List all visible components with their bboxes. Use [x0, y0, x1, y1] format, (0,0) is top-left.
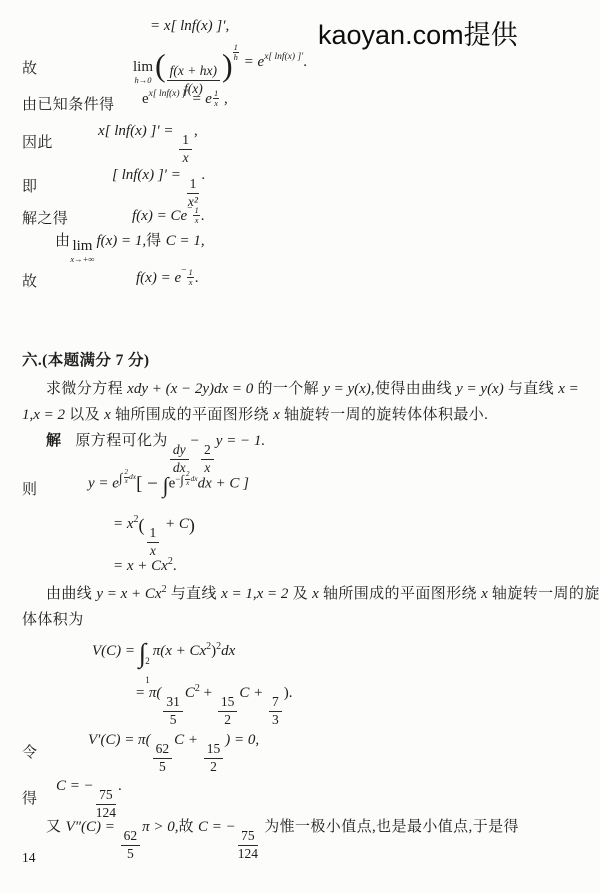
problem-six-heading: 六.(本题满分 7 分): [22, 351, 150, 370]
fraction-denominator: 5: [127, 846, 134, 862]
connective-gu-1: 故: [22, 57, 37, 78]
math-segment: C: [185, 685, 195, 701]
fraction-numerator: 1: [147, 526, 160, 543]
text-segment: 由曲线: [46, 586, 96, 602]
text-segment: 及: [288, 586, 312, 602]
formula-volume-expanded: = π(315C2 + 152C + 73).: [135, 683, 293, 728]
fraction: 152: [204, 742, 224, 775]
text-segment: 故: [178, 819, 198, 835]
punctuation: .: [195, 270, 199, 286]
connective-ling: 令: [22, 741, 37, 762]
open-paren: (: [155, 47, 165, 83]
punctuation: ,: [194, 123, 198, 139]
text-segment: 轴所围成的平面图形绕: [111, 407, 273, 423]
math-segment: f(x) = 1,: [96, 233, 146, 249]
fraction-numerator: 1: [179, 133, 192, 150]
fraction: 625: [153, 742, 173, 775]
math-segment: xdy + (x − 2y)dx = 0: [127, 381, 253, 397]
formula-volume-integral: V(C) = ∫21π(x + Cx2)2dx: [92, 640, 235, 686]
math-segment: π > 0,: [142, 819, 178, 835]
formula-c-value: C = −75124.: [56, 777, 122, 821]
fraction-numerator: 62: [153, 742, 173, 759]
page-number: 14: [22, 850, 36, 866]
punctuation: ,: [220, 91, 228, 107]
text-segment: 原方程可化为: [75, 433, 167, 449]
exponent-fraction: 1h: [233, 43, 239, 63]
text-segment: 又: [46, 819, 66, 835]
math-segment: V(C) =: [92, 643, 139, 659]
math-segment: y = x + Cx: [96, 586, 161, 602]
math-segment: x: [312, 586, 319, 602]
text-segment: 以及: [65, 407, 104, 423]
punctuation: .: [303, 54, 307, 70]
curve-description-line: 由曲线 y = x + Cx2 与直线 x = 1,x = 2 及 x 轴所围成…: [46, 584, 600, 604]
integral-upper-limit: 2: [145, 656, 150, 667]
punctuation: .: [173, 558, 177, 574]
fraction-numerator: 2: [201, 443, 214, 460]
exponent-sign: −: [181, 266, 186, 276]
math-segment: V″(C) =: [66, 819, 119, 835]
fraction-denominator: 3: [272, 712, 279, 728]
text-segment: ,使得由曲线: [371, 381, 456, 397]
exponent-text: x[ lnf(x) ]′: [149, 89, 188, 99]
fraction-numerator: f(x + hx): [167, 64, 220, 81]
mini-fraction-denominator: x: [125, 478, 128, 486]
fraction-denominator: 2: [210, 759, 217, 775]
math-segment: x = 1,x = 2: [221, 586, 288, 602]
volume-text-line: 体体积为: [22, 611, 84, 630]
fraction-denominator: 5: [159, 759, 166, 775]
exponent-fraction: 1x: [187, 268, 193, 288]
connective-yinci: 因此: [22, 131, 53, 152]
math-segment: x =: [558, 381, 579, 397]
punctuation: .: [118, 778, 122, 794]
punctuation: ).: [284, 685, 293, 701]
text-segment: 轴所围成的平面图形绕: [319, 586, 481, 602]
fraction-denominator: 5: [170, 712, 177, 728]
connective-de: 得: [22, 787, 37, 808]
math-segment: = e: [188, 91, 212, 107]
text-segment: 为惟一极小值点,也是最小值点,于是得: [260, 819, 519, 835]
fraction: 625: [121, 829, 141, 862]
formula-exp-equality: ex[ lnf(x) ]′ = e1x ,: [142, 89, 228, 109]
solution-label: 解: [46, 433, 61, 449]
formula-limit-condition: 由limx→+∞f(x) = 1,得 C = 1,: [55, 232, 205, 264]
scanned-exam-page: kaoyan.com提供 = x[ lnf(x) ]′, 故 limh→0(f(…: [0, 0, 600, 894]
fraction: 1x: [179, 133, 192, 166]
fraction-numerator: 31: [163, 695, 183, 712]
connective-ji: 即: [22, 175, 37, 196]
lim-word: lim: [133, 60, 153, 75]
formula-fx-general: f(x) = Ce−1x.: [132, 204, 204, 226]
exponent-denominator: x: [195, 216, 199, 225]
math-segment: = π(: [135, 685, 161, 701]
text-segment: 由: [55, 233, 70, 249]
connective-solve: 解之得: [22, 207, 68, 228]
math-segment: x[ lnf(x) ]′ =: [98, 123, 177, 139]
lim-word: lim: [72, 239, 92, 254]
exponent-sign: −: [187, 204, 192, 214]
limit-operator: limh→0: [133, 60, 153, 85]
fraction-denominator: 2: [224, 712, 231, 728]
exponent-denominator: x: [214, 99, 218, 108]
operator-plus: +: [200, 685, 216, 701]
math-segment: π(x + Cx: [153, 643, 206, 659]
fraction-numerator: dy: [170, 443, 189, 460]
math-segment: C = 1,: [166, 233, 205, 249]
exponent-fraction: 1x: [193, 206, 199, 226]
connective-ze: 则: [22, 478, 37, 499]
math-segment: x: [104, 407, 111, 423]
math-segment: + C: [161, 516, 189, 532]
fraction: 75124: [238, 829, 258, 862]
math-segment: e: [142, 91, 149, 107]
math-segment: C +: [239, 685, 267, 701]
fraction-denominator: 124: [238, 846, 258, 862]
mini-fraction-denominator: x: [186, 480, 189, 488]
fraction: 73: [269, 695, 282, 728]
math-segment: y = e: [88, 476, 119, 492]
math-segment: = x[ lnf(x) ]′,: [150, 18, 229, 34]
fraction: 152: [218, 695, 238, 728]
integral-limits: 21: [145, 656, 150, 686]
formula-xlnfx: x[ lnf(x) ]′ = 1x,: [98, 122, 198, 166]
fraction-denominator: x: [183, 150, 189, 166]
fraction: 75124: [96, 788, 116, 821]
operator-minus: −: [191, 433, 199, 449]
exponent-text: x[ lnf(x) ]′: [264, 52, 303, 62]
exponent-denominator: h: [234, 53, 238, 62]
math-segment: C = −: [198, 819, 236, 835]
text-segment: 求微分方程: [46, 381, 127, 397]
open-paren: (: [139, 515, 145, 535]
open-bracket: [ −: [136, 474, 163, 495]
fraction-numerator: 15: [218, 695, 238, 712]
math-segment: dx: [221, 643, 235, 659]
math-segment: x: [273, 407, 280, 423]
formula-integrating-factor: y = e∫2xdx[ − ∫e−∫2xdxdx + C ]: [88, 469, 249, 497]
fraction-numerator: 15: [204, 742, 224, 759]
math-segment: = x: [113, 516, 134, 532]
limit-operator: limx→+∞: [70, 239, 94, 264]
math-segment: [ lnf(x) ]′ =: [112, 167, 185, 183]
exponent-denominator: x: [189, 278, 193, 287]
math-segment: y = y(x): [323, 381, 371, 397]
text-segment: 与直线: [167, 586, 222, 602]
formula-y-final: = x + Cx2.: [113, 556, 177, 576]
math-segment: dx + C ]: [198, 476, 249, 492]
small-integral-sign: ∫: [119, 471, 123, 484]
connective-known-condition: 由已知条件得: [22, 93, 114, 114]
fraction-numerator: 62: [121, 829, 141, 846]
connective-gu-2: 故: [22, 270, 37, 291]
fraction-numerator: 75: [96, 788, 116, 805]
math-segment: ) = 0,: [225, 732, 259, 748]
text-segment: 与直线: [504, 381, 559, 397]
exponent-integral: ∫2xdx: [119, 469, 136, 485]
formula-derivative-zero: V′(C) = π(625C + 152) = 0,: [88, 731, 259, 775]
punctuation: .: [201, 208, 205, 224]
text-segment: 轴旋转一周的旋转: [488, 586, 600, 602]
lim-subscript: h→0: [135, 76, 152, 85]
math-segment: = x + Cx: [113, 558, 168, 574]
math-segment: V′(C) = π(: [88, 732, 151, 748]
text-segment: 轴旋转一周的旋转体体积最小.: [280, 407, 489, 423]
text-segment: 得: [146, 233, 166, 249]
math-segment: x = 2: [33, 407, 65, 423]
math-segment: C = −: [56, 778, 94, 794]
small-integral-sign: ∫: [180, 473, 184, 486]
problem-statement-line-2: 1,x = 2 以及 x 轴所围成的平面图形绕 x 轴旋转一周的旋转体体积最小.: [22, 406, 488, 425]
close-paren: ): [222, 47, 232, 83]
math-segment: f(x) = e: [136, 270, 181, 286]
math-segment: 1,: [22, 407, 33, 423]
differential-dx: dx: [190, 475, 197, 483]
math-segment: C +: [174, 732, 202, 748]
fraction-numerator: 75: [238, 829, 258, 846]
problem-statement-line-1: 求微分方程 xdy + (x − 2y)dx = 0 的一个解 y = y(x)…: [46, 380, 579, 399]
formula-fx-final: f(x) = e−1x.: [136, 266, 198, 288]
kaoyan-watermark: kaoyan.com提供: [318, 13, 518, 52]
text-segment: 的一个解: [253, 381, 323, 397]
exponent-fraction: 1x: [213, 89, 219, 109]
exponent-integral-negative: −∫2xdx: [175, 471, 197, 487]
fraction-numerator: 1: [187, 177, 200, 194]
formula-y-step2: = x2(1x + C): [113, 514, 195, 559]
conclusion-line: 又 V″(C) = 625π > 0,故 C = −75124 为惟一极小值点,…: [46, 818, 519, 862]
math-segment: = e: [240, 54, 264, 70]
fraction-numerator: 7: [269, 695, 282, 712]
formula-continuation-line: = x[ lnf(x) ]′,: [150, 17, 229, 36]
math-segment: y = y(x): [456, 381, 504, 397]
math-segment: x: [481, 586, 488, 602]
math-segment: e: [169, 476, 176, 492]
punctuation: .: [201, 167, 205, 183]
lim-subscript: x→+∞: [70, 255, 94, 264]
fraction: 1x: [147, 526, 160, 559]
close-paren: ): [189, 515, 195, 535]
math-segment: y = − 1.: [216, 433, 265, 449]
math-segment: f(x) = Ce: [132, 208, 187, 224]
fraction: 315: [163, 695, 183, 728]
